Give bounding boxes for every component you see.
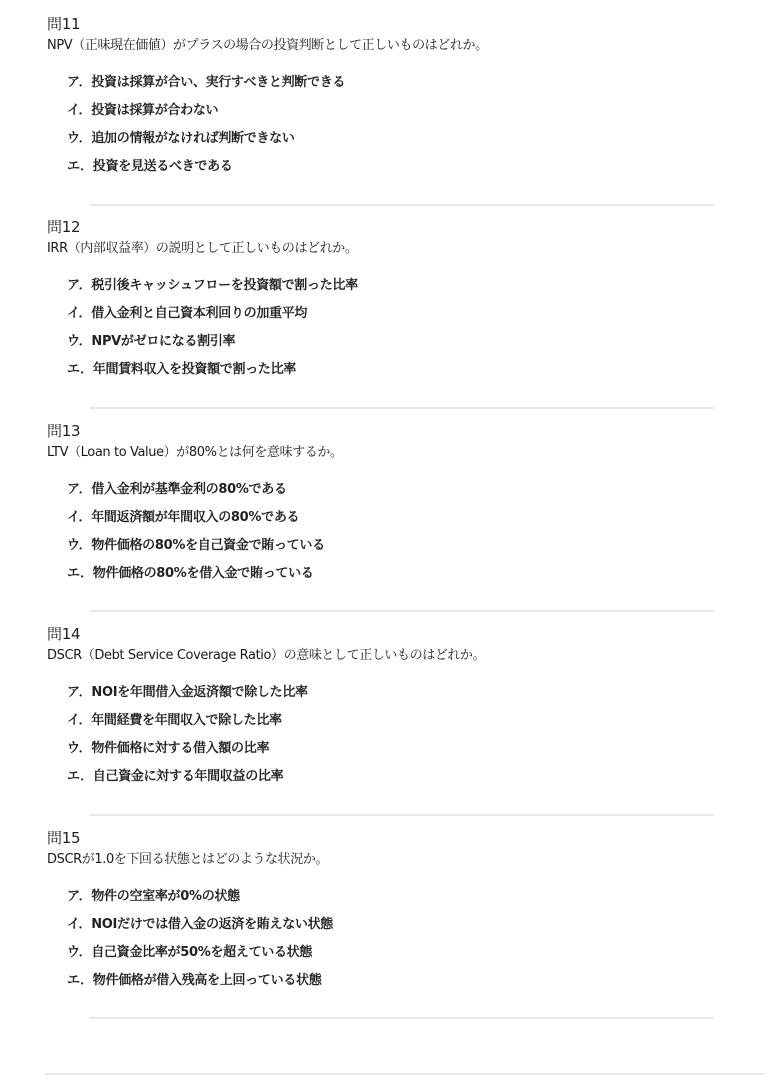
question-text: DSCR（Debt Service Coverage Ratio）の意味として正…: [47, 646, 727, 666]
option-u[interactable]: ウ．物件価格に対する借入額の比率: [67, 739, 727, 759]
option-e[interactable]: エ．物件価格が借入残高を上回っている状態: [67, 971, 727, 991]
option-u[interactable]: ウ．自己資金比率が50%を超えている状態: [67, 943, 727, 963]
option-i[interactable]: イ．年間経費を年間収入で除した比率: [67, 711, 727, 731]
question-text: IRR（内部収益率）の説明として正しいものはどれか。: [47, 239, 727, 259]
question-title: 問14: [47, 624, 727, 644]
option-a[interactable]: ア．物件の空室率が0%の状態: [67, 887, 727, 907]
option-i[interactable]: イ．年間返済額が年間収入の80%である: [67, 508, 727, 528]
section-divider: [90, 610, 714, 612]
option-i[interactable]: イ．借入金利と自己資本利回りの加重平均: [67, 304, 727, 324]
option-list: ア．借入金利が基準金利の80%である イ．年間返済額が年間収入の80%である ウ…: [47, 480, 727, 584]
question-text: LTV（Loan to Value）が80%とは何を意味するか。: [47, 443, 727, 463]
option-e[interactable]: エ．物件価格の80%を借入金で賄っている: [67, 564, 727, 584]
option-a[interactable]: ア．借入金利が基準金利の80%である: [67, 480, 727, 500]
option-list: ア．投資は採算が合い、実行すべきと判断できる イ．投資は採算が合わない ウ．追加…: [47, 73, 727, 177]
option-a[interactable]: ア．NOIを年間借入金返済額で除した比率: [67, 683, 727, 703]
question-12: 問12 IRR（内部収益率）の説明として正しいものはどれか。 ア．税引後キャッシ…: [47, 217, 727, 388]
option-list: ア．物件の空室率が0%の状態 イ．NOIだけでは借入金の返済を賄えない状態 ウ．…: [47, 887, 727, 991]
option-e[interactable]: エ．投資を見送るべきである: [67, 157, 727, 177]
question-15: 問15 DSCRが1.0を下回る状態とはどのような状況か。 ア．物件の空室率が0…: [47, 828, 727, 999]
option-i[interactable]: イ．投資は採算が合わない: [67, 101, 727, 121]
option-list: ア．税引後キャッシュフローを投資額で割った比率 イ．借入金利と自己資本利回りの加…: [47, 276, 727, 380]
question-text: DSCRが1.0を下回る状態とはどのような状況か。: [47, 850, 727, 870]
option-i[interactable]: イ．NOIだけでは借入金の返済を賄えない状態: [67, 915, 727, 935]
question-14: 問14 DSCR（Debt Service Coverage Ratio）の意味…: [47, 624, 727, 795]
option-a[interactable]: ア．投資は採算が合い、実行すべきと判断できる: [67, 73, 727, 93]
option-list: ア．NOIを年間借入金返済額で除した比率 イ．年間経費を年間収入で除した比率 ウ…: [47, 683, 727, 787]
section-divider: [90, 1017, 714, 1019]
question-text: NPV（正味現在価値）がプラスの場合の投資判断として正しいものはどれか。: [47, 36, 727, 56]
option-u[interactable]: ウ．NPVがゼロになる割引率: [67, 332, 727, 352]
question-title: 問12: [47, 217, 727, 237]
question-title: 問11: [47, 14, 727, 34]
question-13: 問13 LTV（Loan to Value）が80%とは何を意味するか。 ア．借…: [47, 421, 727, 592]
option-e[interactable]: エ．年間賃料収入を投資額で割った比率: [67, 360, 727, 380]
section-divider: [90, 407, 714, 409]
question-title: 問13: [47, 421, 727, 441]
section-divider: [90, 204, 714, 206]
option-u[interactable]: ウ．追加の情報がなければ判断できない: [67, 129, 727, 149]
option-e[interactable]: エ．自己資金に対する年間収益の比率: [67, 767, 727, 787]
option-u[interactable]: ウ．物件価格の80%を自己資金で賄っている: [67, 536, 727, 556]
section-divider: [90, 814, 714, 816]
question-title: 問15: [47, 828, 727, 848]
question-11: 問11 NPV（正味現在価値）がプラスの場合の投資判断として正しいものはどれか。…: [47, 14, 727, 185]
page-bottom-divider: [45, 1073, 765, 1075]
option-a[interactable]: ア．税引後キャッシュフローを投資額で割った比率: [67, 276, 727, 296]
